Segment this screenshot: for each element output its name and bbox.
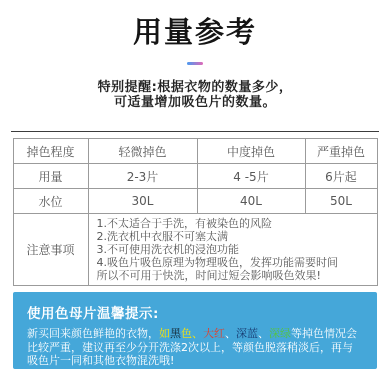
tip-segment: 、 xyxy=(225,327,236,340)
note-line-3: 3.不可使用洗衣机的浸泡功能 xyxy=(97,243,373,256)
table-top-divider xyxy=(11,131,379,132)
page-title: 用量参考 xyxy=(0,0,390,49)
table-row-dosage: 用量 2-3片 4 -5片 6片起 xyxy=(13,164,377,189)
special-reminder: 特别提醒:根据衣物的数量多少， 可适量增加吸色片的数量。 xyxy=(0,80,390,110)
table-cell: 中度掉色 xyxy=(197,139,305,164)
usage-reference-page: 用量参考 特别提醒:根据衣物的数量多少， 可适量增加吸色片的数量。 掉色程度 轻… xyxy=(0,0,390,390)
table-cell: 严重掉色 xyxy=(305,139,377,164)
note-line-4: 4.吸色片吸色原理为物理吸色，发挥功能需要时间 xyxy=(97,256,373,269)
tip-segment: 新买回来颜色鲜艳的衣物， xyxy=(27,327,159,340)
tip-segment-deepblue: 深蓝 xyxy=(236,327,258,340)
tip-segment: 如 xyxy=(159,327,170,340)
note-line-1: 1.不太适合于手洗，有被染色的风险 xyxy=(97,217,373,230)
table-row-notes: 注意事项 1.不太适合于手洗，有被染色的风险 2.洗衣机中衣服不可塞太满 3.不… xyxy=(13,214,377,286)
reminder-line-2: 可适量增加吸色片的数量。 xyxy=(0,95,390,110)
table-cell: 4 -5片 xyxy=(197,164,305,189)
table-cell: 50L xyxy=(305,189,377,214)
table-row-fade-level: 掉色程度 轻微掉色 中度掉色 严重掉色 xyxy=(13,139,377,164)
tip-segment-black: 黑 xyxy=(170,327,181,340)
note-line-2: 2.洗衣机中衣服不可塞太满 xyxy=(97,230,373,243)
row-label-fade-level: 掉色程度 xyxy=(13,139,88,164)
tip-box: 使用色母片温馨提示: 新买回来颜色鲜艳的衣物，如黑色、大红、深蓝、深绿等掉色情况… xyxy=(13,292,377,369)
row-label-water-level: 水位 xyxy=(13,189,88,214)
tip-segment-green: 深绿 xyxy=(269,327,291,340)
tip-segment: 、 xyxy=(192,327,203,340)
note-line-5: 所以不可用于快洗，时间过短会影响吸色效果! xyxy=(97,269,373,282)
table-cell: 2-3片 xyxy=(88,164,197,189)
tip-segment: 、 xyxy=(258,327,269,340)
tip-segment: 色 xyxy=(181,327,192,340)
usage-table: 掉色程度 轻微掉色 中度掉色 严重掉色 用量 2-3片 4 -5片 6片起 水位… xyxy=(13,138,378,286)
reminder-line-1: 特别提醒:根据衣物的数量多少， xyxy=(0,80,390,95)
notes-cell: 1.不太适合于手洗，有被染色的风险 2.洗衣机中衣服不可塞太满 3.不可使用洗衣… xyxy=(88,214,377,286)
table-cell: 轻微掉色 xyxy=(88,139,197,164)
table-cell: 40L xyxy=(197,189,305,214)
tip-title: 使用色母片温馨提示: xyxy=(27,302,363,322)
row-label-dosage: 用量 xyxy=(13,164,88,189)
table-row-water-level: 水位 30L 40L 50L xyxy=(13,189,377,214)
table-cell: 30L xyxy=(88,189,197,214)
tip-segment-red: 大红 xyxy=(203,327,225,340)
row-label-notes: 注意事项 xyxy=(13,214,88,286)
title-divider xyxy=(187,62,203,65)
table-cell: 6片起 xyxy=(305,164,377,189)
tip-body: 新买回来颜色鲜艳的衣物，如黑色、大红、深蓝、深绿等掉色情况会比较严重，建议再至少… xyxy=(27,327,363,368)
